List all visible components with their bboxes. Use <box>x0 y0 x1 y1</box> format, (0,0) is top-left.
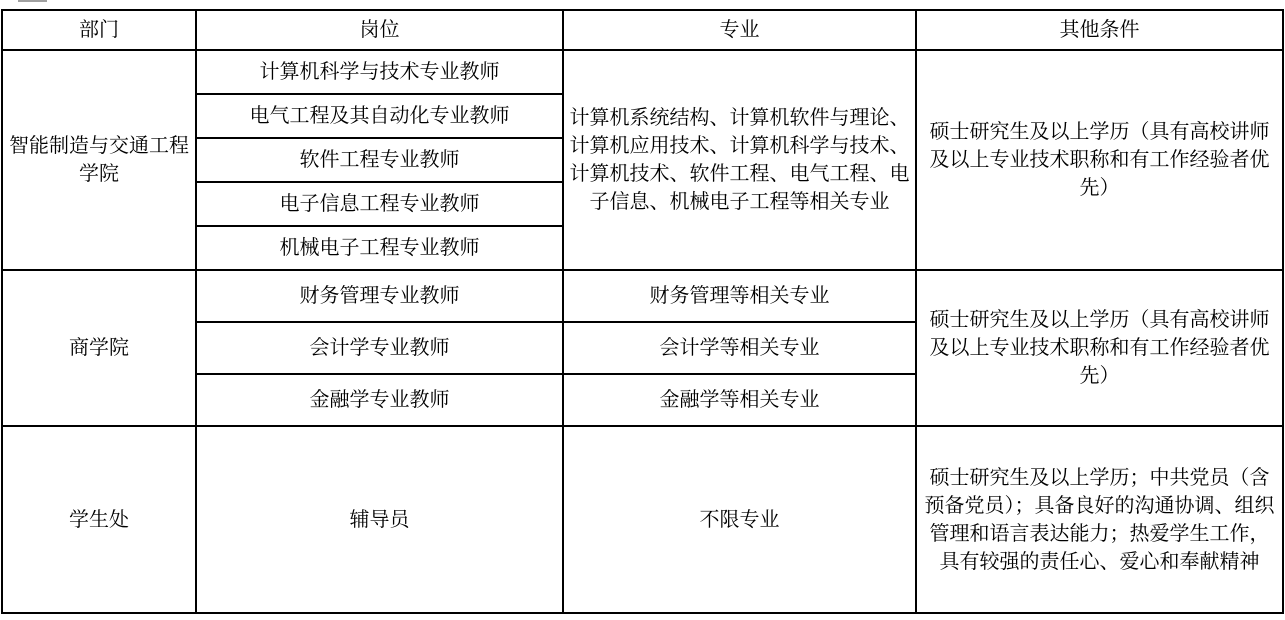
other-conditions-cell-group3: 硕士研究生及以上学历；中共党员（含预备党员）；具备良好的沟通协调、组织管理和语言… <box>916 426 1283 613</box>
position-cell: 辅导员 <box>196 426 563 613</box>
header-cell-department: 部门 <box>2 10 196 50</box>
position-cell: 机械电子工程专业教师 <box>196 226 563 270</box>
position-cell: 金融学专业教师 <box>196 374 563 426</box>
position-cell: 电气工程及其自动化专业教师 <box>196 94 563 138</box>
other-conditions-cell-group2: 硕士研究生及以上学历（具有高校讲师及以上专业技术职称和有工作经验者优先） <box>916 270 1283 426</box>
department-cell-group2: 商学院 <box>2 270 196 426</box>
department-cell-group3: 学生处 <box>2 426 196 613</box>
table-row: 学生处 辅导员 不限专业 硕士研究生及以上学历；中共党员（含预备党员）；具备良好… <box>2 426 1283 613</box>
header-cell-other-conditions: 其他条件 <box>916 10 1283 50</box>
position-cell: 计算机科学与技术专业教师 <box>196 50 563 94</box>
major-cell-group1: 计算机系统结构、计算机软件与理论、计算机应用技术、计算机科学与技术、计算机技术、… <box>563 50 916 270</box>
screenshot-edge-artifact <box>18 0 47 2</box>
header-cell-major: 专业 <box>563 10 916 50</box>
recruitment-table: 部门 岗位 专业 其他条件 智能制造与交通工程学院 计算机科学与技术专业教师 计… <box>1 9 1284 614</box>
table-row: 智能制造与交通工程学院 计算机科学与技术专业教师 计算机系统结构、计算机软件与理… <box>2 50 1283 94</box>
position-cell: 软件工程专业教师 <box>196 138 563 182</box>
header-cell-position: 岗位 <box>196 10 563 50</box>
department-cell-group1: 智能制造与交通工程学院 <box>2 50 196 270</box>
other-conditions-cell-group1: 硕士研究生及以上学历（具有高校讲师及以上专业技术职称和有工作经验者优先） <box>916 50 1283 270</box>
major-cell: 金融学等相关专业 <box>563 374 916 426</box>
major-cell: 不限专业 <box>563 426 916 613</box>
major-cell: 财务管理等相关专业 <box>563 270 916 322</box>
major-cell: 会计学等相关专业 <box>563 322 916 374</box>
position-cell: 财务管理专业教师 <box>196 270 563 322</box>
table-header-row: 部门 岗位 专业 其他条件 <box>2 10 1283 50</box>
position-cell: 会计学专业教师 <box>196 322 563 374</box>
position-cell: 电子信息工程专业教师 <box>196 182 563 226</box>
table-row: 商学院 财务管理专业教师 财务管理等相关专业 硕士研究生及以上学历（具有高校讲师… <box>2 270 1283 322</box>
